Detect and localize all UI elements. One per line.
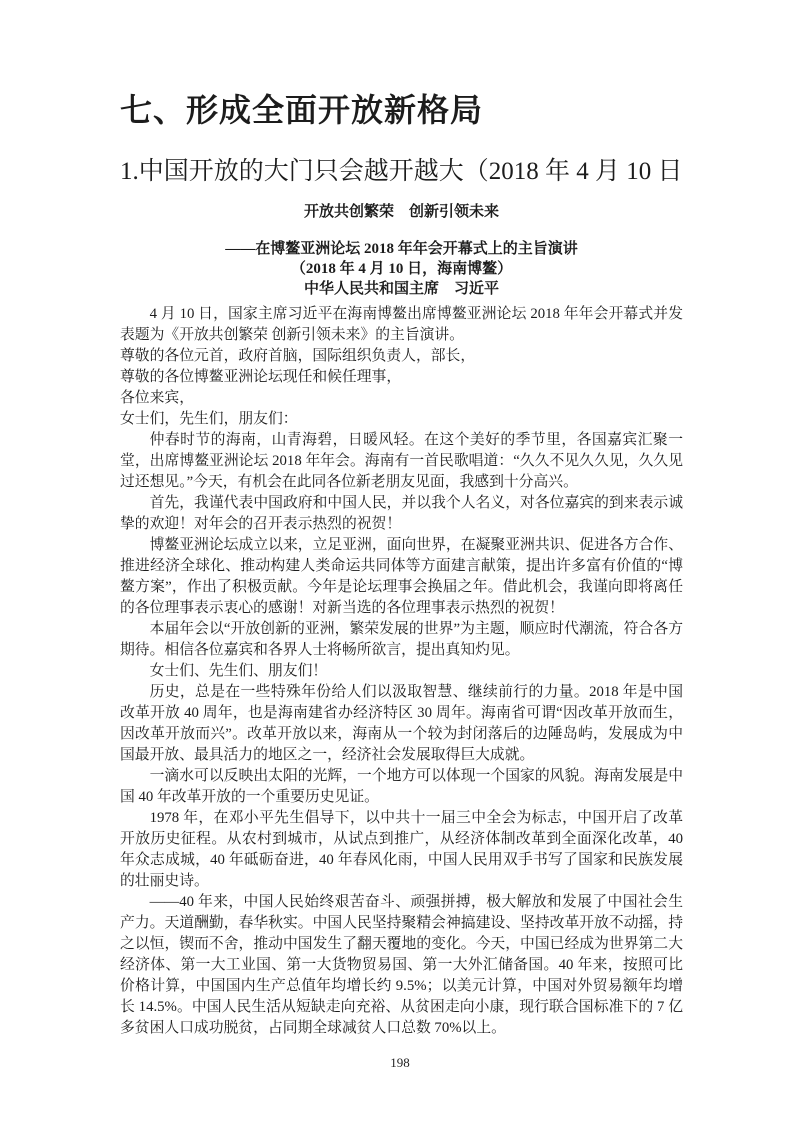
speech-date-place: （2018 年 4 月 10 日，海南博鳌） (120, 259, 683, 279)
paragraph: 仲春时节的海南，山青海碧，日暖风轻。在这个美好的季节里，各国嘉宾汇聚一堂，出席博… (120, 430, 683, 493)
chapter-title: 七、形成全面开放新格局 (120, 88, 683, 132)
paragraph: 女士们、先生们、朋友们！ (120, 661, 683, 682)
paragraph: 博鳌亚洲论坛成立以来，立足亚洲，面向世界，在凝聚亚洲共识、促进各方合作、推进经济… (120, 535, 683, 619)
paragraph: 一滴水可以反映出太阳的光辉，一个地方可以体现一个国家的风貌。海南发展是中国 40… (120, 766, 683, 808)
page-number: 198 (0, 1055, 800, 1071)
speech-body: 4 月 10 日，国家主席习近平在海南博鳌出席博鳌亚洲论坛 2018 年年会开幕… (120, 304, 683, 1039)
paragraph: 尊敬的各位元首，政府首脑，国际组织负责人，部长， (120, 346, 683, 367)
paragraph: 4 月 10 日，国家主席习近平在海南博鳌出席博鳌亚洲论坛 2018 年年会开幕… (120, 304, 683, 346)
paragraph: ——40 年来，中国人民始终艰苦奋斗、顽强拼搏，极大解放和发展了中国社会生产力。… (120, 892, 683, 1039)
paragraph: 历史，总是在一些特殊年份给人们以汲取智慧、继续前行的力量。2018 年是中国改革… (120, 682, 683, 766)
speech-subtitle: ——在博鳌亚洲论坛 2018 年年会开幕式上的主旨演讲 (120, 239, 683, 259)
article-title: 1.中国开放的大门只会越开越大（2018 年 4 月 10 日 (120, 154, 683, 190)
paragraph: 首先，我谨代表中国政府和中国人民，并以我个人名义，对各位嘉宾的到来表示诚挚的欢迎… (120, 493, 683, 535)
speech-title: 开放共创繁荣 创新引领未来 (120, 202, 683, 223)
paragraph: 1978 年，在邓小平先生倡导下，以中共十一届三中全会为标志，中国开启了改革开放… (120, 808, 683, 892)
paragraph: 本届年会以“开放创新的亚洲，繁荣发展的世界”为主题，顺应时代潮流，符合各方期待。… (120, 619, 683, 661)
document-page: 七、形成全面开放新格局 1.中国开放的大门只会越开越大（2018 年 4 月 1… (0, 0, 800, 1133)
paragraph: 尊敬的各位博鳌亚洲论坛现任和候任理事， (120, 367, 683, 388)
speech-author: 中华人民共和国主席 习近平 (120, 279, 683, 299)
paragraph: 各位来宾， (120, 388, 683, 409)
speech-header-block: ——在博鳌亚洲论坛 2018 年年会开幕式上的主旨演讲 （2018 年 4 月 … (120, 239, 683, 299)
paragraph: 女士们，先生们，朋友们： (120, 409, 683, 430)
